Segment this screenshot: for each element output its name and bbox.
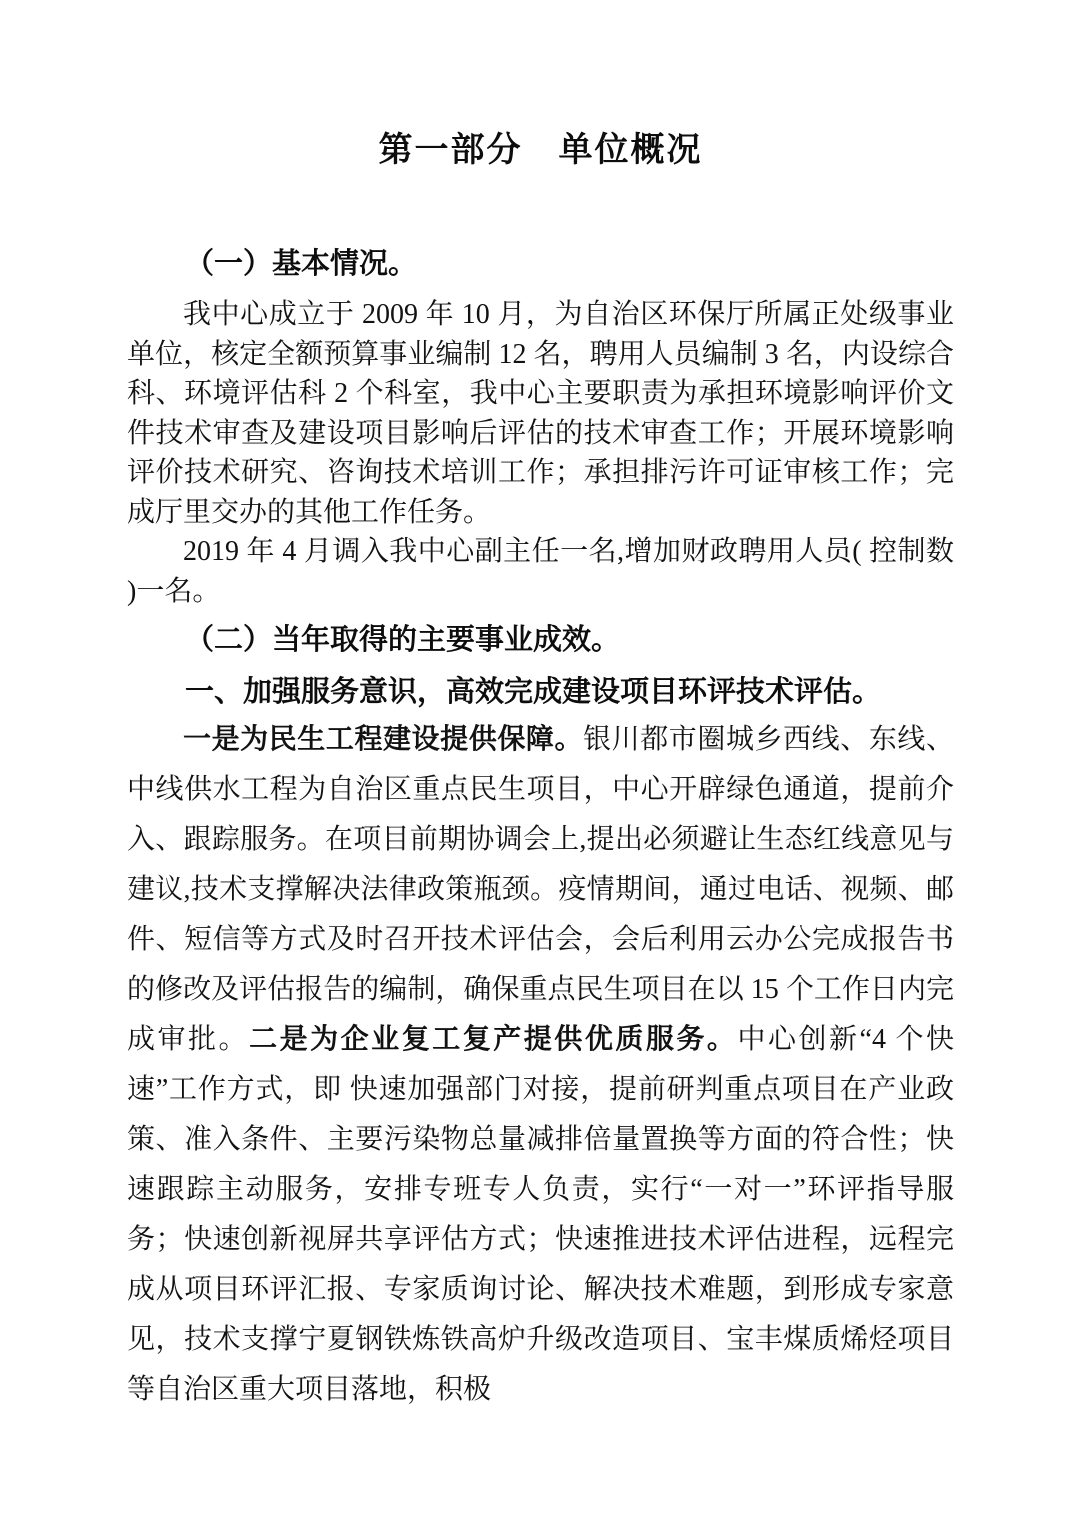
section-1-heading: （一）基本情况。 <box>127 243 954 285</box>
paragraph-basic-info: 我中心成立于 2009 年 10 月，为自治区环保厅所属正处级事业单位，核定全额… <box>127 295 954 532</box>
section-2-subheading-1: 一、加强服务意识，高效完成建设项目环评技术评估。 <box>127 671 954 713</box>
achievement-2-text: 中心创新“4 个快速”工作方式，即 快速加强部门对接，提前研判重点项目在产业政策… <box>127 1024 954 1405</box>
section-2-heading: （二）当年取得的主要事业成效。 <box>127 619 954 661</box>
paragraph-achievements: 一是为民生工程建设提供保障。银川都市圈城乡西线、东线、中线供水工程为自治区重点民… <box>127 715 954 1415</box>
achievement-1-lead: 一是为民生工程建设提供保障。 <box>183 724 583 755</box>
achievement-1-text: 银川都市圈城乡西线、东线、中线供水工程为自治区重点民生项目，中心开辟绿色通道，提… <box>127 724 954 1055</box>
achievement-2-lead: 二是为企业复工复产提供优质服务。 <box>249 1024 737 1055</box>
document-title: 第一部分 单位概况 <box>127 130 954 170</box>
document-page: 第一部分 单位概况 （一）基本情况。 我中心成立于 2009 年 10 月，为自… <box>0 0 1074 1520</box>
paragraph-2019-staffing: 2019 年 4 月调入我中心副主任一名,增加财政聘用人员( 控制数 )一名。 <box>127 532 954 611</box>
